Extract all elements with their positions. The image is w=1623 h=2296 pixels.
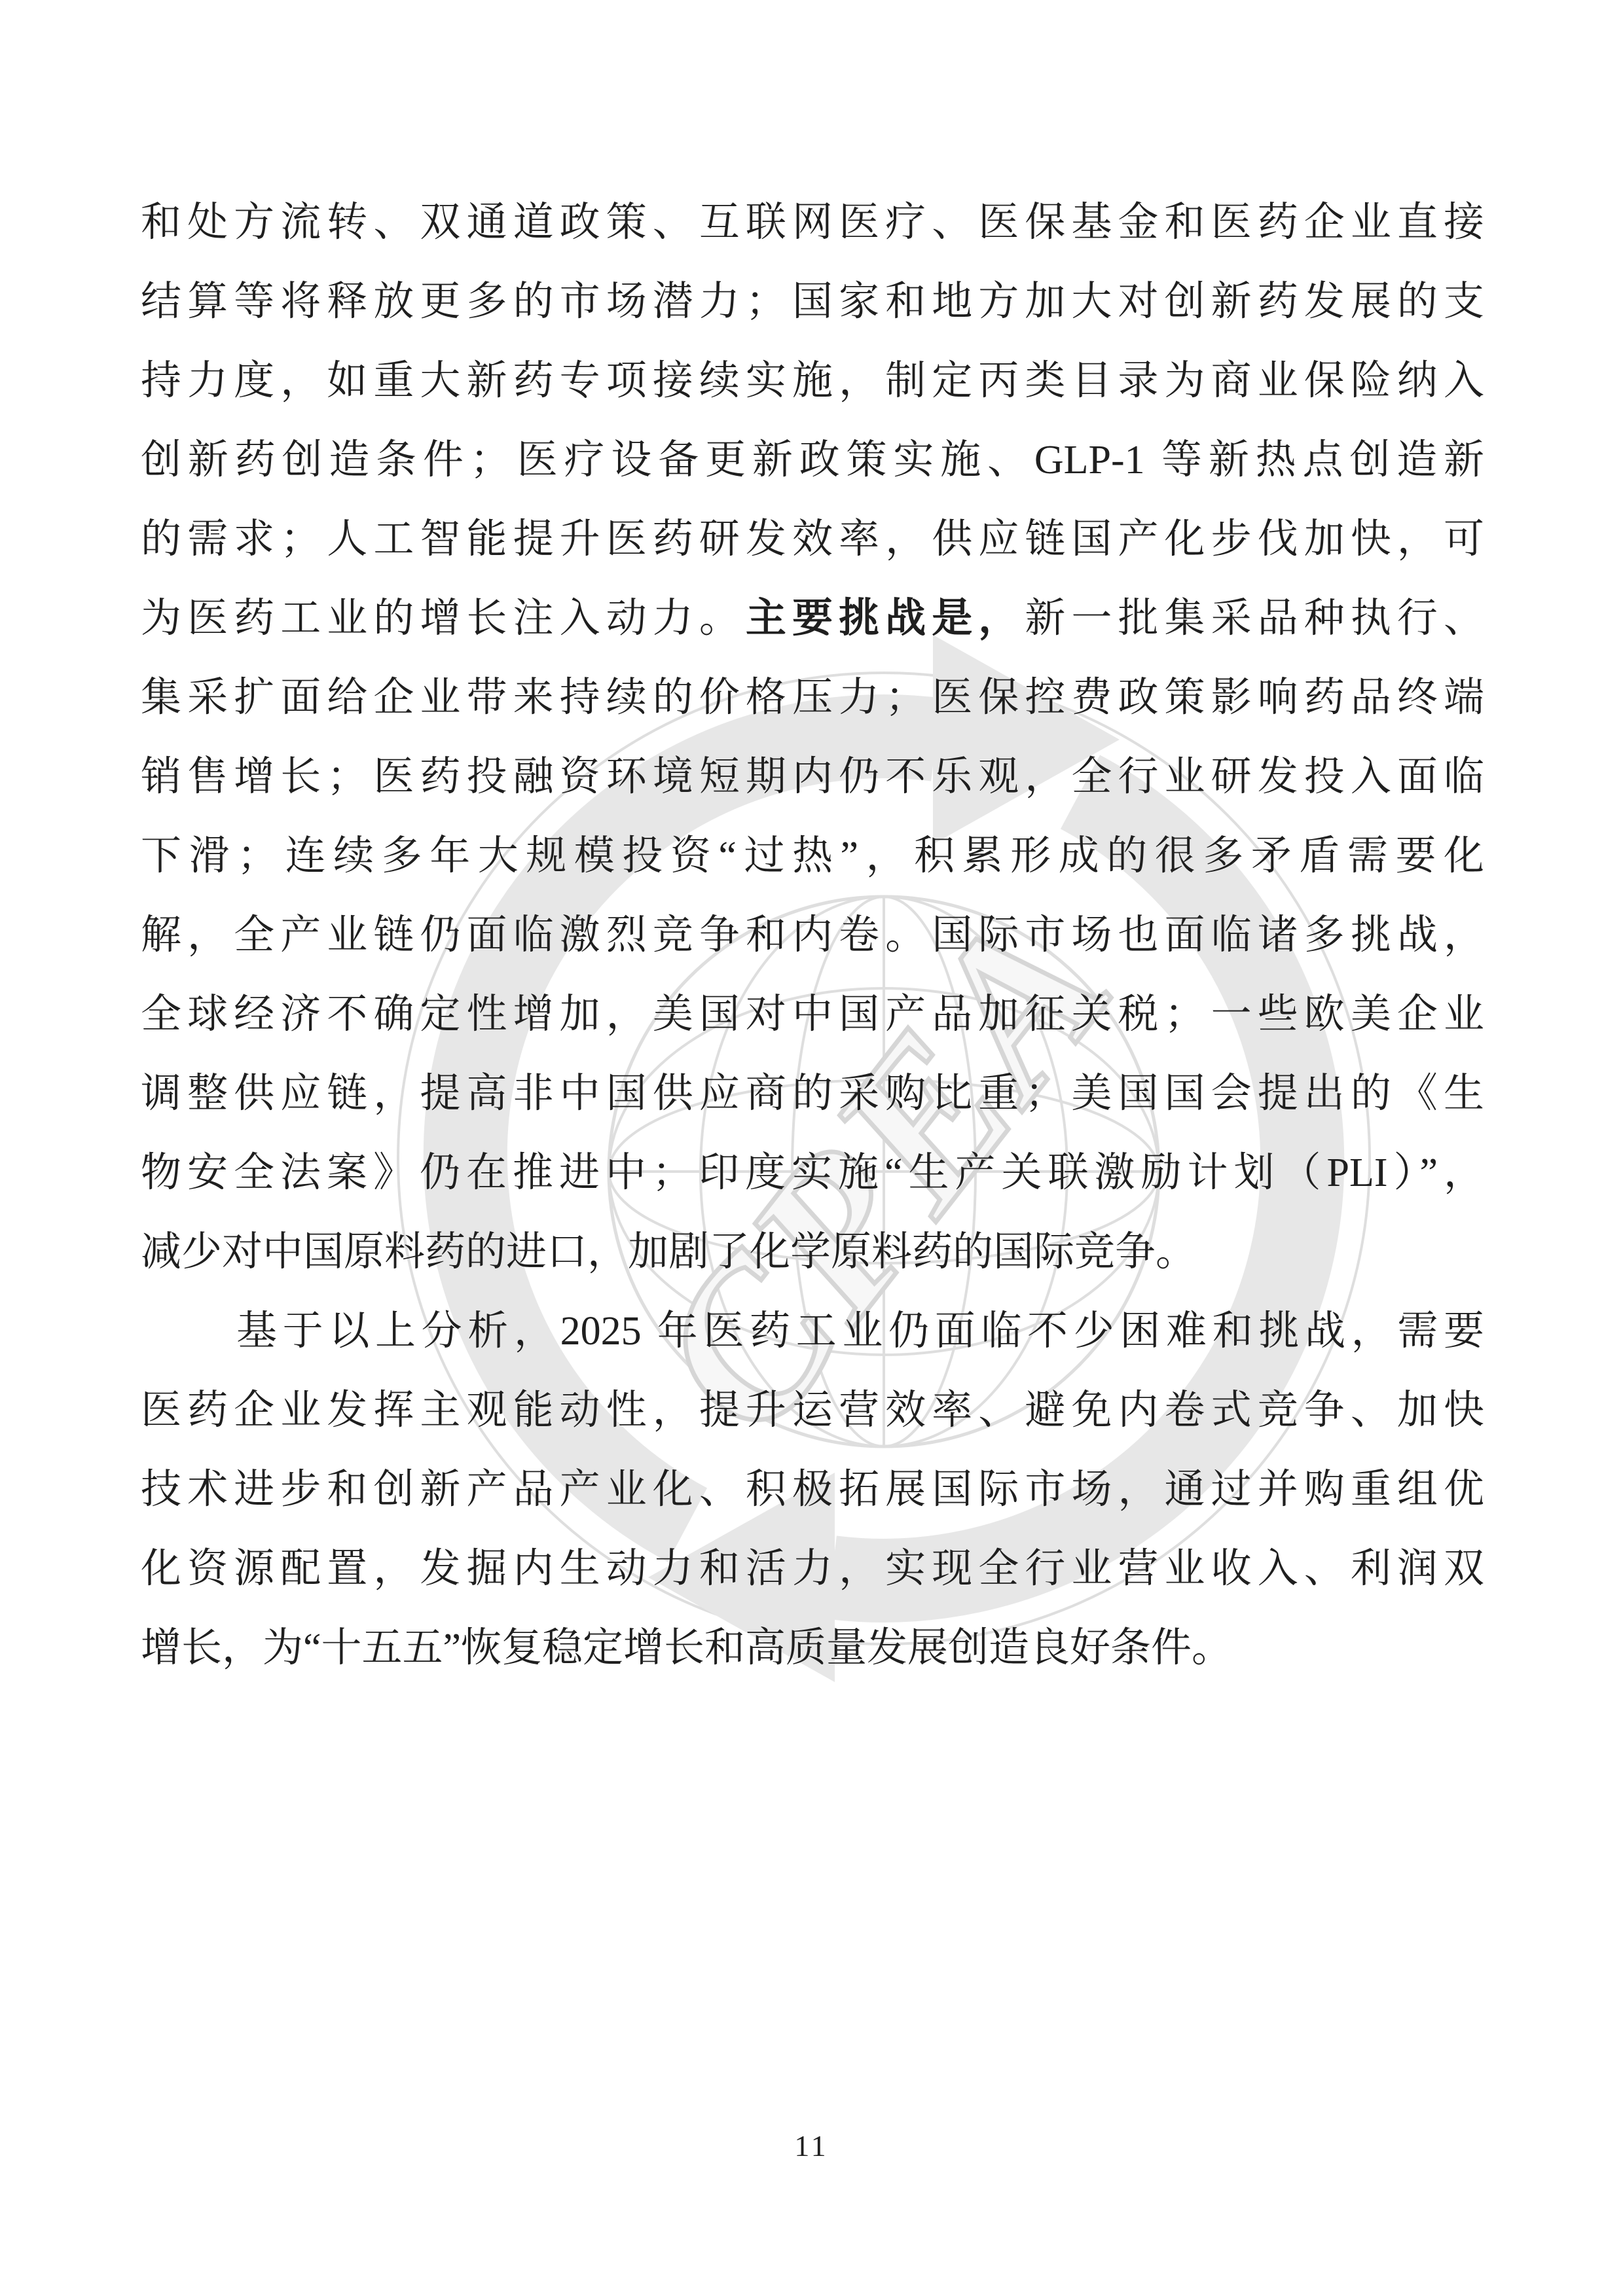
text-body: 和处方流转、双通道政策、互联网医疗、医保基金和医药企业直接结算等将释放更多的市场… <box>141 183 1484 1688</box>
text-segment: 减少对中国原料药的进口，加剧了化学原料药的国际竞争。 <box>141 1230 1196 1274</box>
text-segment: 全球经济不确定性增加，美国对中国产品加征关税；一些欧美企业 <box>141 992 1484 1037</box>
text-line: 为医药工业的增长注入动力。主要挑战是，新一批集采品种执行、 <box>141 579 1484 658</box>
text-line: 全球经济不确定性增加，美国对中国产品加征关税；一些欧美企业 <box>141 975 1484 1054</box>
document-page: CPEA 和处方流转、双通道政策、互联网医疗、医保基金和医药企业直接结算等将释放… <box>0 0 1623 2296</box>
text-line: 和处方流转、双通道政策、互联网医疗、医保基金和医药企业直接 <box>141 183 1484 262</box>
text-line: 化资源配置，发掘内生动力和活力，实现全行业营业收入、利润双 <box>141 1530 1484 1609</box>
text-line: 技术进步和创新产品产业化、积极拓展国际市场，通过并购重组优 <box>141 1450 1484 1530</box>
text-segment: 销售增长；医药投融资环境短期内仍不乐观，全行业研发投入面临 <box>141 755 1484 799</box>
text-line: 下滑；连续多年大规模投资“过热”，积累形成的很多矛盾需要化 <box>141 817 1484 896</box>
page-number: 11 <box>0 2128 1623 2163</box>
text-segment: 基于以上分析，2025 年医药工业仍面临不少困难和挑战，需要 <box>236 1309 1484 1354</box>
text-segment: 增长，为“十五五”恢复稳定增长和高质量发展创造良好条件。 <box>141 1626 1232 1670</box>
text-line: 持力度，如重大新药专项接续实施，制定丙类目录为商业保险纳入 <box>141 342 1484 421</box>
text-line: 减少对中国原料药的进口，加剧了化学原料药的国际竞争。 <box>141 1213 1484 1292</box>
text-line: 解，全产业链仍面临激烈竞争和内卷。国际市场也面临诸多挑战， <box>141 896 1484 975</box>
text-segment: 创新药创造条件；医疗设备更新政策实施、GLP-1 等新热点创造新 <box>141 438 1484 482</box>
text-line: 创新药创造条件；医疗设备更新政策实施、GLP-1 等新热点创造新 <box>141 421 1484 500</box>
text-line: 结算等将释放更多的市场潜力；国家和地方加大对创新药发展的支 <box>141 262 1484 342</box>
text-segment: 医药企业发挥主观能动性，提升运营效率、避免内卷式竞争、加快 <box>141 1388 1484 1433</box>
text-segment: 技术进步和创新产品产业化、积极拓展国际市场，通过并购重组优 <box>141 1467 1484 1512</box>
text-line: 集采扩面给企业带来持续的价格压力；医保控费政策影响药品终端 <box>141 658 1484 738</box>
text-segment: 物安全法案》仍在推进中；印度实施“生产关联激励计划（PLI）”， <box>141 1151 1484 1195</box>
text-segment: 为医药工业的增长注入动力。 <box>141 596 746 641</box>
text-line: 医药企业发挥主观能动性，提升运营效率、避免内卷式竞争、加快 <box>141 1371 1484 1450</box>
text-segment: 解，全产业链仍面临激烈竞争和内卷。国际市场也面临诸多挑战， <box>141 913 1484 958</box>
text-segment: 的需求；人工智能提升医药研发效率，供应链国产化步伐加快，可 <box>141 517 1484 562</box>
text-segment: 持力度，如重大新药专项接续实施，制定丙类目录为商业保险纳入 <box>141 359 1484 403</box>
text-segment: 和处方流转、双通道政策、互联网医疗、医保基金和医药企业直接 <box>141 200 1484 245</box>
text-line: 销售增长；医药投融资环境短期内仍不乐观，全行业研发投入面临 <box>141 738 1484 817</box>
text-segment: 新一批集采品种执行、 <box>1025 596 1484 641</box>
text-segment: 调整供应链，提高非中国供应商的采购比重；美国国会提出的《生 <box>141 1071 1484 1116</box>
bold-text: 主要挑战是， <box>746 596 1025 641</box>
text-line: 物安全法案》仍在推进中；印度实施“生产关联激励计划（PLI）”， <box>141 1134 1484 1213</box>
text-line: 增长，为“十五五”恢复稳定增长和高质量发展创造良好条件。 <box>141 1609 1484 1688</box>
text-segment: 结算等将释放更多的市场潜力；国家和地方加大对创新药发展的支 <box>141 279 1484 324</box>
text-segment: 化资源配置，发掘内生动力和活力，实现全行业营业收入、利润双 <box>141 1547 1484 1591</box>
text-line: 基于以上分析，2025 年医药工业仍面临不少困难和挑战，需要 <box>141 1292 1484 1371</box>
text-line: 的需求；人工智能提升医药研发效率，供应链国产化步伐加快，可 <box>141 500 1484 579</box>
text-segment: 下滑；连续多年大规模投资“过热”，积累形成的很多矛盾需要化 <box>141 834 1484 878</box>
text-line: 调整供应链，提高非中国供应商的采购比重；美国国会提出的《生 <box>141 1054 1484 1134</box>
text-segment: 集采扩面给企业带来持续的价格压力；医保控费政策影响药品终端 <box>141 675 1484 720</box>
